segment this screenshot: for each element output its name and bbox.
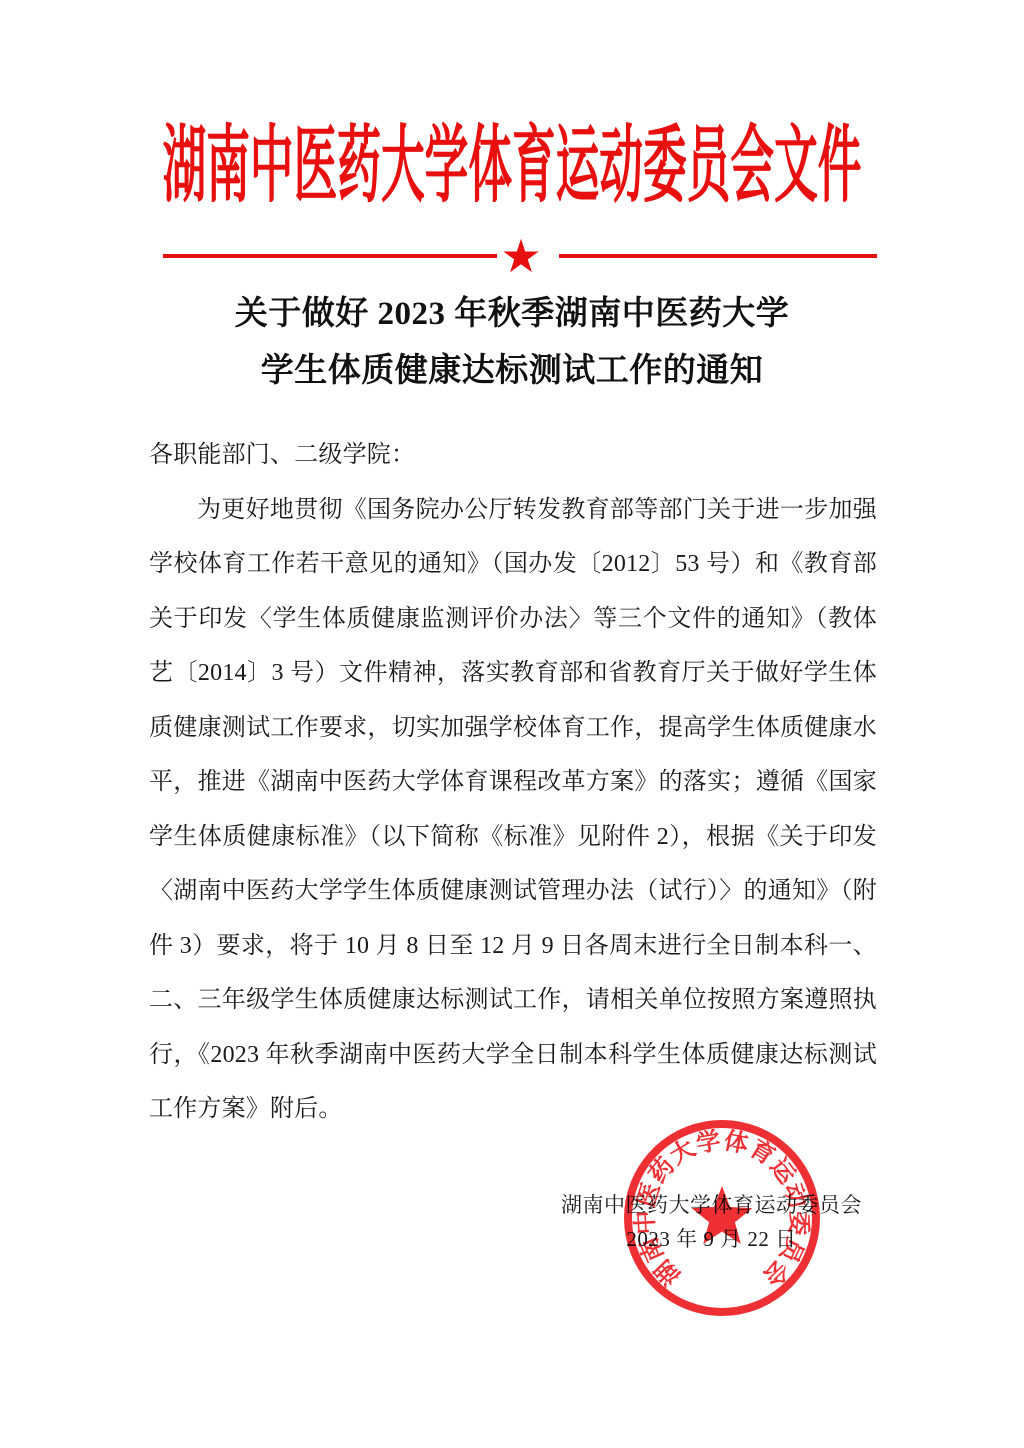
divider-line-left <box>163 254 497 258</box>
document-page: 湖南中医药大学体育运动委员会文件 ★ 关于做好 2023 年秋季湖南中医药大学 … <box>0 0 1024 1448</box>
salutation-line: 各职能部门、二级学院： <box>149 428 877 483</box>
body-paragraph: 为更好地贯彻《国务院办公厅转发教育部等部门关于进一步加强学校体育工作若干意见的通… <box>149 483 877 1137</box>
document-body: 各职能部门、二级学院： 为更好地贯彻《国务院办公厅转发教育部等部门关于进一步加强… <box>149 428 877 1137</box>
document-title-line1: 关于做好 2023 年秋季湖南中医药大学 <box>0 286 1024 343</box>
document-title: 关于做好 2023 年秋季湖南中医药大学 学生体质健康达标测试工作的通知 <box>0 286 1024 400</box>
divider-line-right <box>559 254 877 258</box>
star-icon: ★ <box>492 231 550 281</box>
official-seal: 湖南中医药大学体育运动委员会 <box>619 1115 825 1321</box>
seal-star-icon <box>692 1186 753 1244</box>
document-title-line2: 学生体质健康达标测试工作的通知 <box>0 343 1024 400</box>
letterhead-org-title: 湖南中医药大学体育运动委员会文件 <box>163 125 862 209</box>
letterhead: 湖南中医药大学体育运动委员会文件 <box>0 116 1024 218</box>
